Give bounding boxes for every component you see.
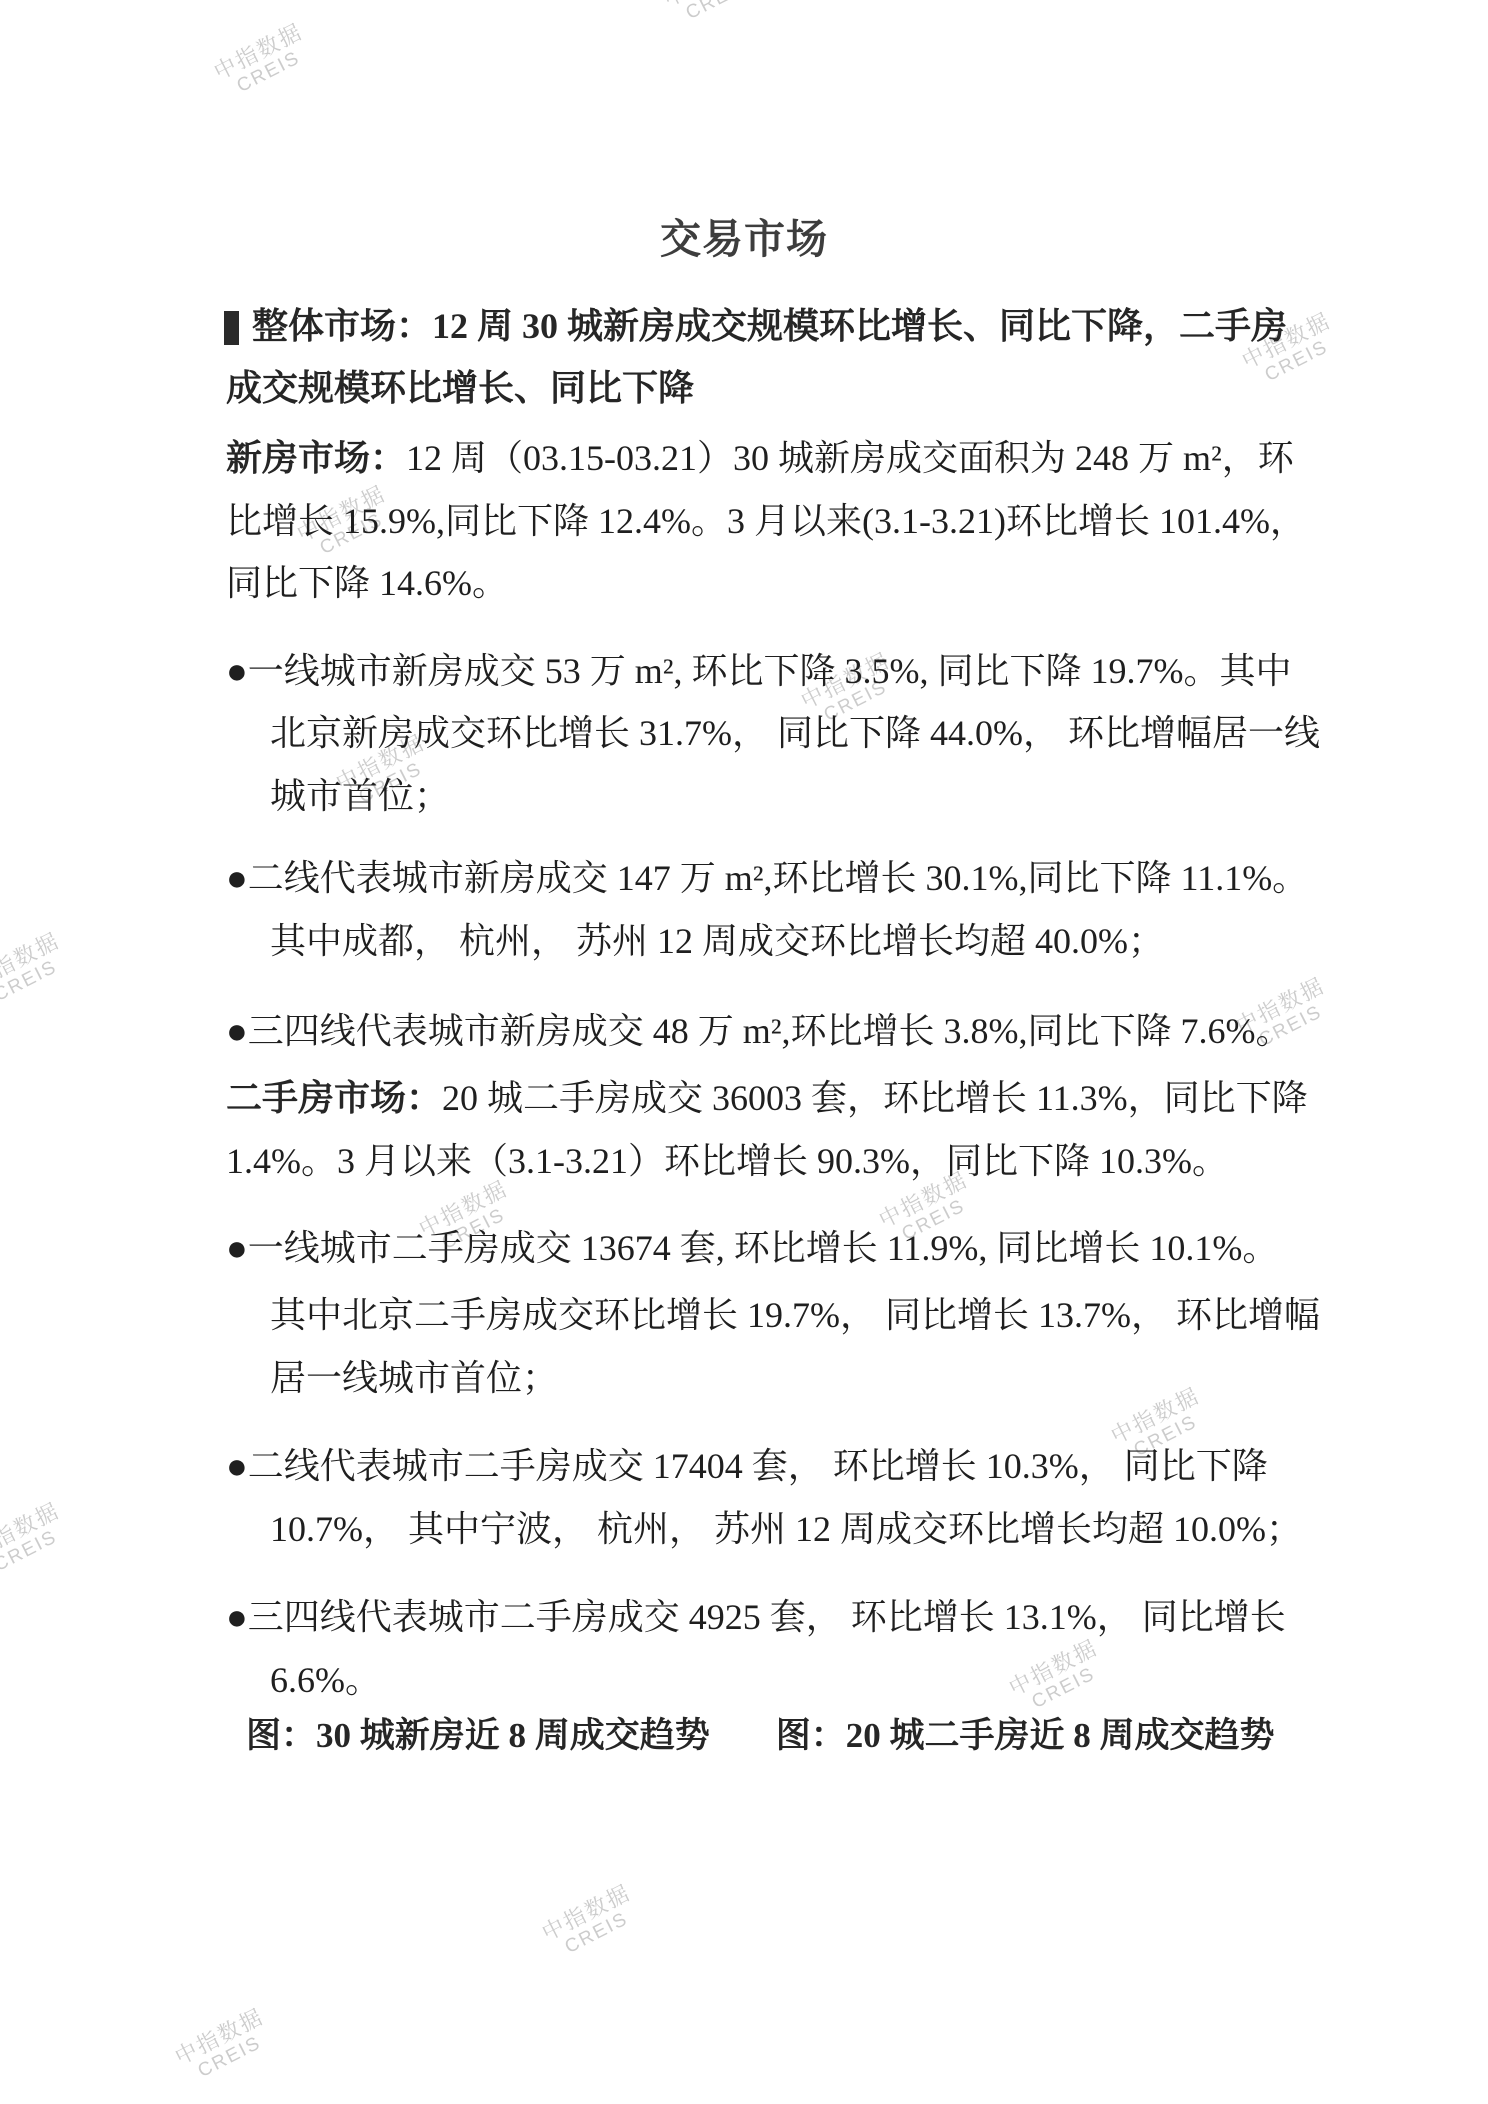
watermark: 中指数据CREIS [171, 2004, 277, 2089]
section-heading-line-2: 成交规模环比增长、同比下降 [226, 366, 1326, 410]
resale-line-1-text: 20 城二手房成交 36003 套，环比增长 11.3%，同比下降 [442, 1078, 1308, 1118]
new-home-paragraph-line-3: 同比下降 14.6%。 [226, 561, 1326, 605]
new-home-line-1-text: 12 周（03.15-03.21）30 城新房成交面积为 248 万 m²，环 [406, 438, 1294, 478]
bullet-line: 其中成都， 杭州， 苏州 12 周成交环比增长均超 40.0%； [226, 919, 1370, 963]
watermark: 中指数据CREIS [659, 0, 765, 30]
watermark-en-text: CREIS [670, 0, 765, 30]
new-home-paragraph-line-1: 新房市场：12 周（03.15-03.21）30 城新房成交面积为 248 万 … [226, 436, 1326, 480]
resale-lead-label: 二手房市场： [226, 1078, 442, 1118]
figure-caption-resale: 图：20 城二手房近 8 周成交趋势 [776, 1716, 1275, 1755]
report-page: 中指数据CREIS 中指数据CREIS 中指数据CREIS 中指数据CREIS … [0, 0, 1488, 2104]
bullet-line: 北京新房成交环比增长 31.7%， 同比下降 44.0%， 环比增幅居一线 [226, 711, 1370, 755]
bullet-line: ●三四线代表城市新房成交 48 万 m²,环比增长 3.8%,同比下降 7.6%… [226, 1009, 1326, 1053]
watermark: 中指数据CREIS [538, 1880, 644, 1965]
bullet-line: ●二线代表城市新房成交 147 万 m²,环比增长 30.1%,同比下降 11.… [226, 856, 1326, 900]
bullet-line: 6.6%。 [226, 1658, 1370, 1702]
resale-paragraph-line-1: 二手房市场：20 城二手房成交 36003 套，环比增长 11.3%，同比下降 [226, 1076, 1326, 1120]
watermark: 中指数据CREIS [0, 1498, 73, 1583]
resale-paragraph-line-2: 1.4%。3 月以来（3.1-3.21）环比增长 90.3%，同比下降 10.3… [226, 1139, 1326, 1183]
bullet-line: ●三四线代表城市二手房成交 4925 套， 环比增长 13.1%， 同比增长 [226, 1595, 1326, 1639]
watermark: 中指数据CREIS [0, 928, 73, 1013]
page-title: 交易市场 [0, 206, 1488, 265]
figure-caption-new-home: 图：30 城新房近 8 周成交趋势 [246, 1716, 710, 1755]
watermark: 中指数据CREIS [210, 19, 316, 104]
new-home-lead-label: 新房市场： [226, 438, 406, 478]
section-heading-line-1: 整体市场：12 周 30 城新房成交规模环比增长、同比下降，二手房 [226, 304, 1352, 348]
new-home-paragraph-line-2: 比增长 15.9%,同比下降 12.4%。3 月以来(3.1-3.21)环比增长… [226, 499, 1326, 543]
bullet-line: 城市首位； [226, 774, 1370, 818]
bullet-line: 其中北京二手房成交环比增长 19.7%， 同比增长 13.7%， 环比增幅 [226, 1293, 1370, 1337]
figure-captions-row: 图：30 城新房近 8 周成交趋势图：20 城二手房近 8 周成交趋势 [226, 1714, 1346, 1758]
bullet-line: ●一线城市新房成交 53 万 m², 环比下降 3.5%, 同比下降 19.7%… [226, 649, 1326, 693]
bullet-line: 10.7%， 其中宁波， 杭州， 苏州 12 周成交环比增长均超 10.0%； [226, 1507, 1370, 1551]
bullet-line: 居一线城市首位； [226, 1356, 1370, 1400]
bullet-line: ●二线代表城市二手房成交 17404 套， 环比增长 10.3%， 同比下降 [226, 1444, 1326, 1488]
bullet-line: ●一线城市二手房成交 13674 套, 环比增长 11.9%, 同比增长 10.… [226, 1226, 1326, 1270]
